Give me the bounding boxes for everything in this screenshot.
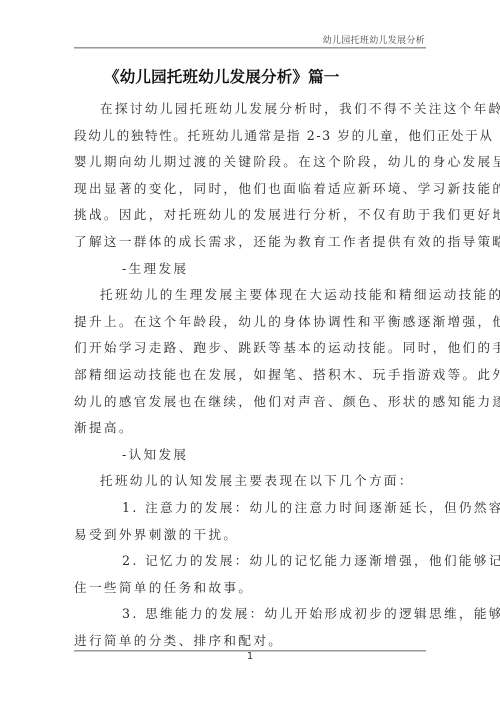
paragraph-physical-line-6: 渐提高。 <box>74 415 430 442</box>
page-number: 1 <box>0 651 500 662</box>
section-heading-physical: -生理发展 <box>74 256 430 283</box>
running-header-title: 幼儿园托班幼儿发展分析 <box>323 33 425 46</box>
list-item-thinking-line-1: 3. 思维能力的发展：幼儿开始形成初步的逻辑思维，能够 <box>74 601 430 628</box>
paragraph-cognitive-intro: 托班幼儿的认知发展主要表现在以下几个方面： <box>74 468 430 495</box>
list-item-attention-line-1: 1. 注意力的发展：幼儿的注意力时间逐渐延长，但仍然容 <box>74 495 430 522</box>
paragraph-physical-line-2: 提升上。在这个年龄段，幼儿的身体协调性和平衡感逐渐增强，他 <box>74 309 430 336</box>
paragraph-physical-line-5: 幼儿的感官发展也在继续，他们对声音、颜色、形状的感知能力逐 <box>74 389 430 416</box>
list-item-attention-line-2: 易受到外界刺激的干扰。 <box>74 522 430 549</box>
list-item-memory-line-1: 2. 记忆力的发展：幼儿的记忆能力逐渐增强，他们能够记 <box>74 548 430 575</box>
paragraph-intro-line-2: 段幼儿的独特性。托班幼儿通常是指 2-3 岁的儿童，他们正处于从 <box>74 123 430 150</box>
section-heading-cognitive: -认知发展 <box>74 442 430 469</box>
header-divider <box>74 47 426 49</box>
paragraph-intro-line-4: 现出显著的变化，同时，他们也面临着适应新环境、学习新技能的 <box>74 176 430 203</box>
paragraph-intro-line-1: 在探讨幼儿园托班幼儿发展分析时，我们不得不关注这个年龄 <box>74 96 430 123</box>
paragraph-physical-line-3: 们开始学习走路、跑步、跳跃等基本的运动技能。同时，他们的手 <box>74 335 430 362</box>
paragraph-physical-line-4: 部精细运动技能也在发展，如握笔、搭积木、玩手指游戏等。此外， <box>74 362 430 389</box>
list-item-memory-line-2: 住一些简单的任务和故事。 <box>74 575 430 602</box>
paragraph-intro-line-5: 挑战。因此，对托班幼儿的发展进行分析，不仅有助于我们更好地 <box>74 202 430 229</box>
document-body: 在探讨幼儿园托班幼儿发展分析时，我们不得不关注这个年龄 段幼儿的独特性。托班幼儿… <box>74 96 430 654</box>
document-title: 《幼儿园托班幼儿发展分析》篇一 <box>104 65 340 87</box>
paragraph-physical-line-1: 托班幼儿的生理发展主要体现在大运动技能和精细运动技能的 <box>74 282 430 309</box>
paragraph-intro-line-6: 了解这一群体的成长需求，还能为教育工作者提供有效的指导策略。 <box>74 229 430 256</box>
paragraph-intro-line-3: 婴儿期向幼儿期过渡的关键阶段。在这个阶段，幼儿的身心发展呈 <box>74 149 430 176</box>
